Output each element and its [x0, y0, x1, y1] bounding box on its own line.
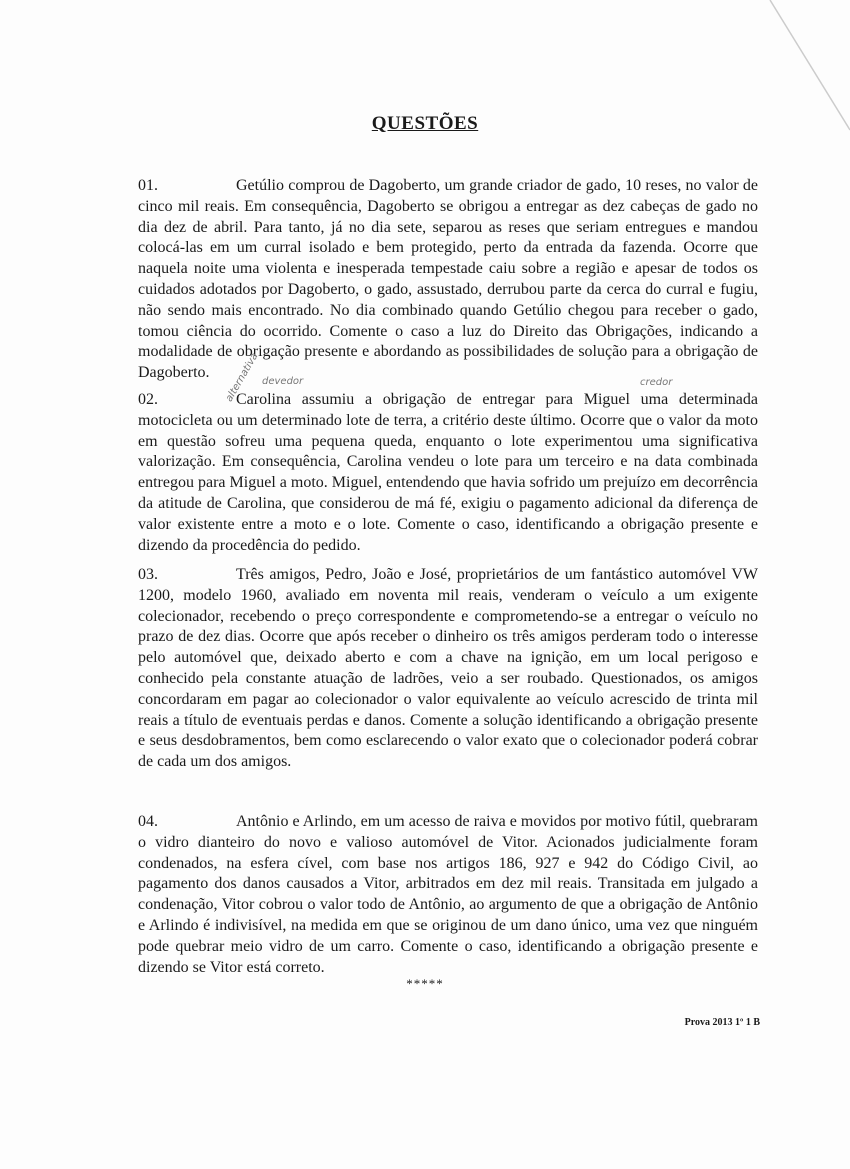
question-text: Três amigos, Pedro, João e José, proprie…: [138, 566, 758, 770]
question-text: Getúlio comprou de Dagoberto, um grande …: [138, 177, 758, 381]
question-number: 01.: [138, 176, 236, 197]
question-1: 01.Getúlio comprou de Dagoberto, um gran…: [138, 176, 758, 384]
question-2: 02.Carolina assumiu a obrigação de entre…: [138, 390, 758, 556]
handwritten-note: devedor: [262, 376, 303, 387]
footer-label: Prova 2013 1º 1 B: [685, 1017, 760, 1028]
question-number: 03.: [138, 565, 236, 586]
question-text: Antônio e Arlindo, em um acesso de raiva…: [138, 813, 758, 976]
question-4: 04.Antônio e Arlindo, em um acesso de ra…: [138, 812, 758, 978]
page-title: QUESTÕES: [0, 113, 850, 135]
handwritten-note: credor: [640, 377, 672, 388]
question-number: 02.: [138, 390, 236, 411]
question-text: Carolina assumiu a obrigação de entregar…: [138, 391, 758, 554]
separator: *****: [0, 976, 850, 992]
question-3: 03.Três amigos, Pedro, João e José, prop…: [138, 565, 758, 773]
question-number: 04.: [138, 812, 236, 833]
